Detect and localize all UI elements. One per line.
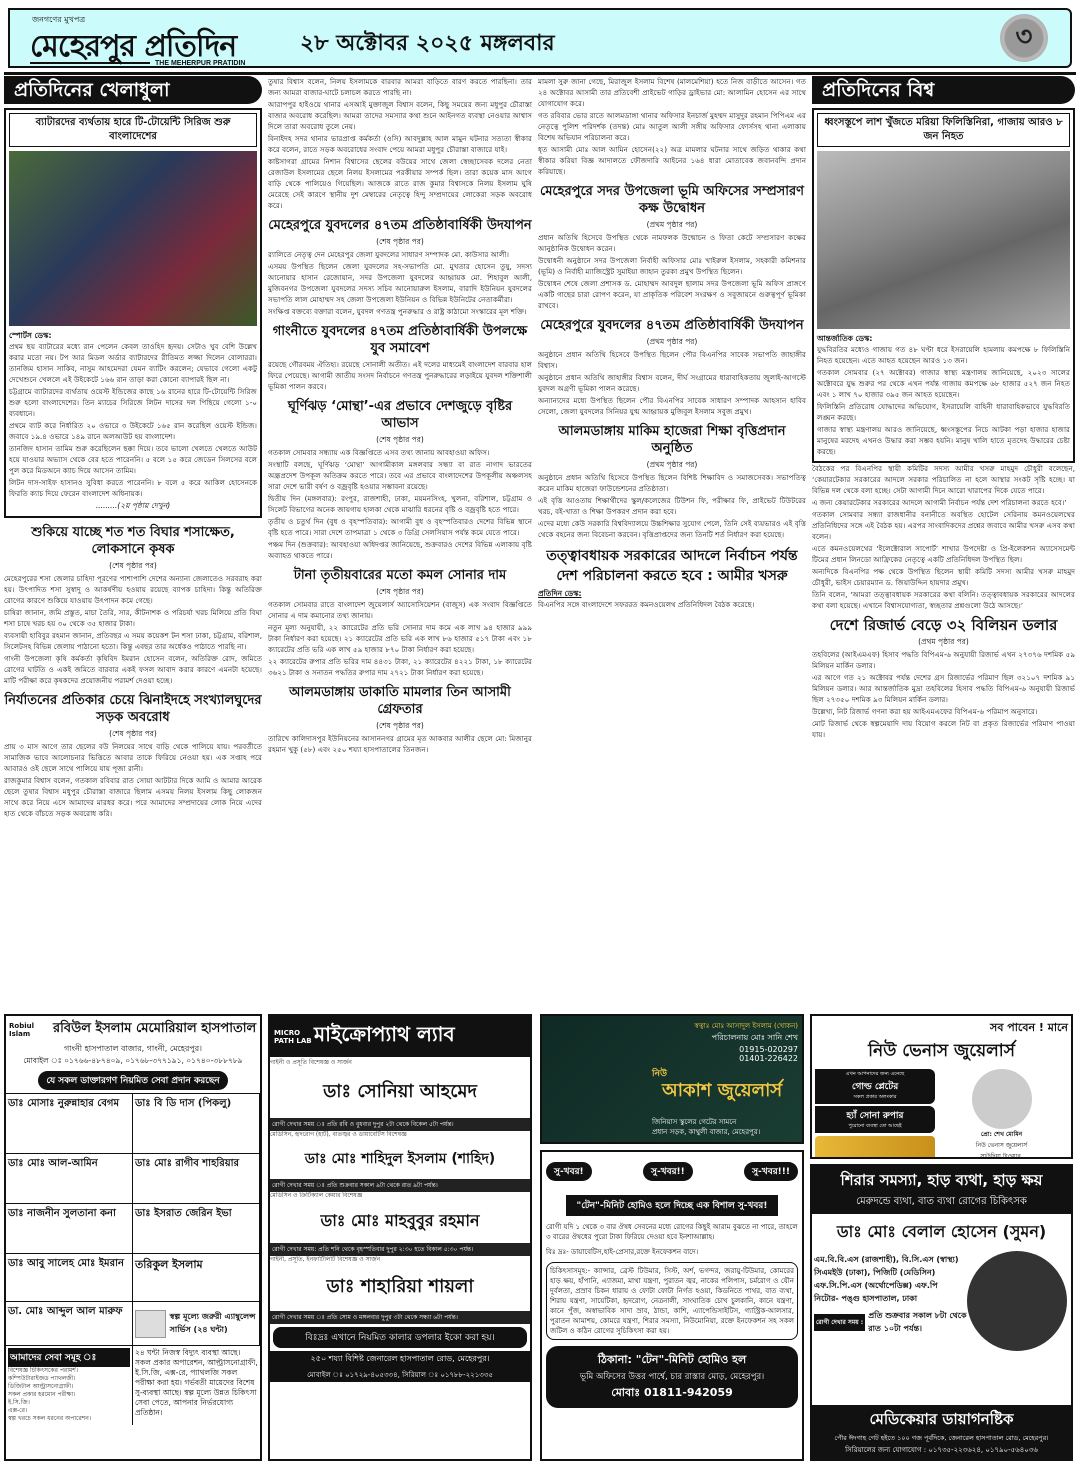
paragraph: গাজার স্বাস্থ্য মন্ত্রণালয় আরও জানিয়েছ… bbox=[817, 424, 1070, 457]
paragraph: এসময় উপস্থিত ছিলেন জেলা যুবদলের সহ-সভাপ… bbox=[268, 261, 532, 305]
doctor-hours: রোগী দেখার সময় ঃ প্রতি শুক্রবার সকাল ৯ট… bbox=[270, 1179, 530, 1192]
paragraph: পঞ্চম দিন (শুক্রবার): আবহাওয়া অধিদপ্তর … bbox=[268, 539, 532, 561]
continuation-note: (প্রথম পৃষ্ঠার পর) bbox=[538, 459, 806, 470]
paragraph: চট্টগ্রামে ব্যাটারদের ব্যর্থতায় ওয়েস্ট… bbox=[9, 386, 257, 419]
jeweler-brand: আকাশ জুয়েলার্স bbox=[662, 1076, 782, 1107]
paragraph: অনুষ্ঠানে প্রধান অতিথি হিসেবে উপস্থিত ছি… bbox=[538, 349, 806, 371]
service-item: এক্স-রে। bbox=[8, 1407, 130, 1415]
paragraph: এতে কমনওয়েলথের ‘ইলেক্টোরাল সাপোর্ট’ শাখ… bbox=[812, 543, 1075, 565]
scholarship-headline[interactable]: আলমডাঙ্গায় মাকিম হাজেরা শিক্ষা বৃত্তিপ্… bbox=[538, 423, 806, 457]
gangni-headline[interactable]: গাংনীতে যুবদলের ৪৭তম প্রতিষ্ঠাবার্ষিকী উ… bbox=[268, 323, 532, 357]
hospital-header: Robiul Islam রবিউল ইসলাম মেমোরিয়াল হাসপ… bbox=[6, 1016, 260, 1043]
hospital-address: গাংনী হাসপাতাল বাজার, গাংনী, মেহেরপুর। bbox=[6, 1043, 260, 1056]
paragraph: ধৃত আসামী মোঃ আল আমিন হোসেন(২২) অত্র মাম… bbox=[538, 144, 806, 177]
service-item: স্বল্প খরচে সকল ধরনের অপারেশন। bbox=[8, 1415, 130, 1423]
paragraph: তৃতীয় ও চতুর্থ দিন (বুধ ও বৃহস্পতিবার):… bbox=[268, 516, 532, 538]
page-number-badge: ৩ bbox=[1000, 14, 1048, 62]
venus-offer-sub: পুরোনো ব্যবস্থা তো আছেই bbox=[817, 1123, 933, 1131]
continuation-note: (শেষ পৃষ্ঠার পর) bbox=[4, 560, 262, 571]
doctor-name: ডাঃ মোসাঃ নুরুন্নাহার বেগম bbox=[8, 1096, 130, 1113]
amir-khasru-headline[interactable]: তত্ত্বাবধায়ক সরকারের আদলে নির্বাচন পর্য… bbox=[538, 546, 806, 586]
venus-offer-sub: সকল প্রকার অলংকার bbox=[817, 1094, 933, 1102]
doctor-hours: রোগী দেখার সময় ঃ প্রতি সোম ও মঙ্গলবার দ… bbox=[270, 1311, 530, 1324]
column-world: প্রতিদিনের বিশ্ব ধ্বংসস্তূপে লাশ খুঁজতে … bbox=[812, 76, 1075, 1011]
continuation-note: (শেষ পৃষ্ঠার পর) bbox=[268, 434, 532, 445]
diagnostic-address: পৌর ঈদগাহ গেট হইতে ১০০ গজ পূর্বদিকে, জেন… bbox=[815, 1433, 1068, 1444]
paragraph: তিনি বলেন, ‘আমরা তত্ত্বাবধায়ক সরকারের ক… bbox=[812, 589, 1075, 611]
section-banner-world: প্রতিদিনের বিশ্ব bbox=[812, 76, 1075, 104]
diagnostic-phone: সিরিয়ালের জন্য যোগাযোগ : ০১৭৩৫-২২৩৬২৪, … bbox=[815, 1444, 1068, 1456]
column-2: তুষার বিশ্বাস বলেন, নিলয় ইসলামকে বারবার… bbox=[268, 76, 532, 1011]
sports-article: ব্যাটারদের ব্যর্থতায় হারে টি-টোয়েন্টি … bbox=[4, 108, 262, 518]
lab-address: ২৫০ শয্যা বিশিষ্ট জেনারেল হাসপাতাল রোড, … bbox=[270, 1351, 530, 1368]
homeo-phone: মোবাঃ 01811-942059 bbox=[551, 1384, 793, 1403]
logo-underline bbox=[30, 62, 150, 64]
paragraph: উল্লেখ্য, নিট রিজার্ভ গণনা করা হয় আইএমএ… bbox=[812, 706, 1075, 717]
lab-logo: MICRO PATH LAB bbox=[274, 1029, 314, 1045]
doctor-name: ডাঃ মোঃ বেলাল হোসেন (সুমন) bbox=[812, 1219, 1071, 1246]
ad-ten-minute-homeo: সু-খবর! সু-খবর!! সু-খবর!!! "টেন"-মিনিট হ… bbox=[540, 1150, 804, 1461]
paragraph: মোট রিজার্ভ থেকে স্বল্পমেয়াদি দায় বিয়… bbox=[812, 718, 1075, 740]
continuation-note: (প্রথম পৃষ্ঠার পর) bbox=[812, 636, 1075, 647]
paragraph: অনুষ্ঠানে প্রধান অতিথি হিসেবে উপস্থিত ছি… bbox=[538, 472, 806, 494]
farmers-headline[interactable]: শুকিয়ে যাচ্ছে শত শত বিঘার শসাক্ষেত, লোক… bbox=[4, 524, 262, 558]
venus-owner: প্রো: শেখ মোমিন bbox=[935, 1129, 1068, 1140]
doctor-role: মেডিসিন ও ক্রিটিক্যাল কেয়ার বিশেষজ্ঞ bbox=[270, 1192, 530, 1200]
sports-headline[interactable]: ব্যাটারদের ব্যর্থতায় হারে টি-টোয়েন্টি … bbox=[9, 113, 257, 147]
doctor-name: ডাঃ শাহারিয়া শায়লা bbox=[270, 1272, 530, 1303]
ad-micropath-lab: MICRO PATH LAB মাইক্রোপ্যাথ ল্যাব গাইনী … bbox=[268, 1014, 532, 1461]
paragraph: সংক্ষিপ্ত বক্তব্যে বক্তারা বলেন, যুবদল গ… bbox=[268, 306, 532, 317]
owner-photo bbox=[972, 1069, 1032, 1129]
paragraph: গতকাল সোমবার সন্ধ্যায় এক বিজ্ঞপ্তিতে এস… bbox=[268, 447, 532, 458]
paragraph: কাষ্টসাগরা গ্রামের নিশান বিশ্বাসের ছেলের… bbox=[268, 156, 532, 211]
good-news-badge: সু-খবর!!! bbox=[744, 1162, 798, 1181]
paragraph: গতকাল সোমবার সন্ধ্যা রাজধানীর বনানীতে অব… bbox=[812, 509, 1075, 542]
paragraph: এর আগে গত ২১ অক্টোবর পর্যন্ত দেশের গ্রস … bbox=[812, 672, 1075, 705]
doctor-hours: প্রতি শুক্রবার সকাল ৮টা থেকে রাত ১০টা পর… bbox=[868, 1309, 978, 1335]
cricket-photo bbox=[9, 151, 257, 326]
paragraph: প্রথম ছয় ব্যাটারের মধ্যে রান পেলেন কেবল… bbox=[9, 341, 257, 385]
paragraph: প্রথমে ব্যাট করে নির্ধারিত ২০ ওভারে ৩ উই… bbox=[9, 420, 257, 442]
section-banner-sports: প্রতিদিনের খেলাধুলা bbox=[4, 76, 262, 104]
echo-note: বিঃদ্রঃ এখানে নিয়মিত কালার ডপলার ইকো কর… bbox=[273, 1327, 527, 1348]
venus-place: সাউদিয়া টাওয়ার, bbox=[935, 1151, 1068, 1159]
paragraph: গত রবিবার ভোর রাতে আলমডাঙ্গা থানার অফিসা… bbox=[538, 110, 806, 143]
doctor-role: গাইনী, প্রসূতি, ইনফার্টিলিটি বিশেষজ্ঞ ও … bbox=[270, 1256, 530, 1264]
jeweler-owner: স্বত্বাঃ মোঃ আসাদুল ইসলাম (খোকন) bbox=[546, 1020, 798, 1032]
paragraph: বৈঠকের পর বিএনপির স্থায়ী কমিটির সদস্য আ… bbox=[812, 463, 1075, 496]
venus-offer-note: এখন আপনাদের জন্য এনেছে bbox=[817, 1071, 933, 1079]
venus-brand: নিউ ভেনাস জুয়েলার্স bbox=[815, 1038, 1068, 1066]
doctor-name: ডাঃ মোঃ শাহিদুল ইসলাম (শাহিদ) bbox=[270, 1147, 530, 1171]
gold-price-headline[interactable]: টানা তৃতীয়বারের মতো কমল সোনার দাম bbox=[268, 567, 532, 584]
ad-dr-belal-hossen: শিরার সমস্যা, হাড় ব্যথা, হাড় ক্ষয় মের… bbox=[810, 1164, 1073, 1461]
paragraph: ২২ ক্যারেটের রুপার প্রতি ভরির দাম ৪৪৩১ ট… bbox=[268, 656, 532, 678]
doctor-name: ডাঃ বি ডি দাস (পিকলু) bbox=[135, 1096, 257, 1113]
doctor-name: ডাঃ নাজনীন সুলতানা কনা bbox=[8, 1206, 130, 1223]
homeo-address: ভূমি অফিসের উত্তর পার্শ্বে, চার রাস্তার … bbox=[551, 1370, 793, 1384]
lab-phone: মোবাইল ঃ ০১৭২৯-৪০৫৩৩৪, সিরিয়াল ঃ ০১৭৮৮-… bbox=[270, 1368, 530, 1382]
paragraph: গাংনী উপজেলা কৃষি কর্মকর্তা কৃষিবিদ ইমরা… bbox=[4, 653, 262, 686]
paragraph: ফিলিস্তিনি প্রতিরোধ যোদ্ধাদের অভিযোগ, ইস… bbox=[817, 401, 1070, 423]
doctor-ad-headline: শিরার সমস্যা, হাড় ব্যথা, হাড় ক্ষয় bbox=[815, 1169, 1068, 1194]
paragraph: এই বৃত্তি আওতায় শিক্ষার্থীদের স্কুল/কলে… bbox=[538, 495, 806, 517]
continuation-note: (প্রথম পৃষ্ঠার পর) bbox=[538, 336, 806, 347]
doctor-name: ডাঃ আবু সালেহ মোঃ ইমরান bbox=[8, 1256, 130, 1273]
jeweler-address: প্রধান সড়ক, কাথুলী বাজার, মেহেরপুর। bbox=[652, 1126, 760, 1138]
hospital-phone: মোবাইল ঃ ০১৭৬৬-৪৮৭৪০৯, ০১৭৬৮-৩৭৭১৯১, ০১৭… bbox=[6, 1056, 260, 1068]
venus-tagline: সব পাবেন ! মানে bbox=[815, 1019, 1068, 1038]
paragraph: প্রায় ৩ মাস আগে তার ছেলের বউ নিলয়ের সা… bbox=[4, 741, 262, 774]
jhenaidah-headline[interactable]: নির্যাতনের প্রতিকার চেয়ে ঝিনাইদহে সংখ্য… bbox=[4, 692, 262, 726]
service-item: কম্পিউটারাইজড প্যাথলজী। bbox=[8, 1375, 130, 1383]
doctor-name: ডাঃ সোনিয়া আহমেদ bbox=[270, 1077, 530, 1108]
paragraph: চাষিরা জানান, জমি প্রস্তুত, মাচা তৈরি, স… bbox=[4, 607, 262, 629]
venus-offer: হ্যাঁ সোনা রুপার bbox=[817, 1108, 933, 1123]
ad-akash-jewelers: স্বত্বাঃ মোঃ আসাদুল ইসলাম (খোকন) পরিচালন… bbox=[540, 1014, 804, 1144]
paragraph: র‍্যালিতে নেতৃত্ব দেন মেহেরপুর জেলা যুবদ… bbox=[268, 249, 532, 260]
sports-desk: স্পোর্টস ডেস্ক: bbox=[9, 330, 257, 341]
venus-shop: নিউ ভেনাস জুয়েলার্স bbox=[935, 1140, 1068, 1151]
paragraph: আরাপপুর হাইওয়ে থানার এসআই মুক্তাজুল বিশ… bbox=[268, 99, 532, 132]
paragraph: তহবিলের (আইএমএফ) হিসাব পদ্ধতি বিপিএম-৬ অ… bbox=[812, 649, 1075, 671]
desk-label: প্রতিদিন ডেস্ক: bbox=[538, 588, 806, 599]
paragraph: মামলা সুরু জানা গেছে, মিরাজুল ইসলাম বিশে… bbox=[538, 76, 806, 109]
gaza-headline[interactable]: ধ্বংসস্তূপে লাশ খুঁজতে মরিয়া ফিলিস্তিনি… bbox=[817, 113, 1070, 147]
homeo-note: বিঃ দ্রঃ- ডায়াবেটিস,হাই-প্রেসার,রক্তে ই… bbox=[546, 1246, 798, 1258]
service-item: ডিজিটাল আল্ট্রাসনোগ্রাফী। bbox=[8, 1383, 130, 1391]
paragraph: ব্যবসায়ী হাবিবুর রহমান জানান, প্রতিবছর … bbox=[4, 630, 262, 652]
doctor-degree: সিএমইউ (ঢাকা), পিজিটি (মেডিসিন) bbox=[814, 1266, 1069, 1279]
masthead: জনগণের মুখপত্র মেহেরপুর প্রতিদিন THE MEH… bbox=[8, 8, 1072, 68]
paragraph: নতুন মূল্য অনুযায়ী, ২২ ক্যারেটের প্রতি … bbox=[268, 622, 532, 655]
paragraph: অন্যান্যদের মধ্যে উপস্থিত ছিলেন পৌর বিএন… bbox=[538, 395, 806, 417]
column-sports: প্রতিদিনের খেলাধুলা ব্যাটারদের ব্যর্থতায… bbox=[4, 76, 262, 1011]
doctor-degree: এম.বি.বি.এস (রাজশাহী), বি.সি.এস (স্বাস্থ… bbox=[814, 1253, 1069, 1266]
paragraph: বিএনপির সঙ্গে বাংলাদেশে সফররত কমনওয়েলথ … bbox=[538, 599, 806, 610]
hospital-title: রবিউল ইসলাম মেমোরিয়াল হাসপাতাল bbox=[53, 1019, 256, 1040]
doctor-name: ডাঃ মোঃ আল-আমিন bbox=[8, 1156, 130, 1173]
doctor-name: ডাঃ মোঃ রাগীব শাহরিয়ার bbox=[135, 1156, 257, 1173]
jeweler-manager: পরিচালনায় মোঃ সানি শেখ bbox=[546, 1032, 798, 1045]
continued-link[interactable]: .........(২য় পৃষ্ঠায় দেখুন) bbox=[9, 500, 257, 511]
paragraph: সংস্থাটি বলছে, ঘূর্ণিঝড় ‘মোন্থা’ আগামীক… bbox=[268, 459, 532, 492]
column-3: মামলা সুরু জানা গেছে, মিরাজুল ইসলাম বিশে… bbox=[538, 76, 806, 1011]
venus-offer: গোল্ড প্লেটের bbox=[817, 1079, 933, 1094]
paragraph: এ জন্য কেয়ারটেকার সরকারের আদলে আগামী নি… bbox=[812, 497, 1075, 508]
paragraph: অন্যদিকে বিএনপির পক্ষ থেকে উপস্থিত ছিলেন… bbox=[812, 566, 1075, 588]
continuation-note: (শেষ পৃষ্ঠার পর) bbox=[268, 586, 532, 597]
cyclone-headline[interactable]: ঘূর্ণিঝড় ‘মোন্থা’-এর প্রভাবে দেশজুড়ে ব… bbox=[268, 398, 532, 432]
doctor-name: ডা. মোঃ আব্দুল আল মারুফ bbox=[8, 1304, 130, 1321]
homeo-address-title: ঠিকানা: "টেন"-মিনিট হোমিও হল bbox=[551, 1351, 793, 1370]
land-office-headline[interactable]: মেহেরপুরে সদর উপজেলা ভূমি অফিসের সম্প্রস… bbox=[538, 183, 806, 217]
reserve-headline[interactable]: দেশে রিজার্ভ বেড়ে ৩২ বিলিয়ন ডলার bbox=[812, 617, 1075, 634]
header-rule bbox=[4, 72, 1076, 75]
doctor-role: মেডিসিন, হৃদরোগ (হার্ট), বাতজ্বর ও ডায়া… bbox=[270, 1131, 530, 1139]
paragraph: এদের মধ্যে কেউ সরকারি বিশ্ববিদ্যালয়ে উচ… bbox=[538, 518, 806, 540]
homeo-headline: "টেন"-মিনিট হোমিও হলে দিচ্ছে এক বিশাল সু… bbox=[566, 1195, 778, 1216]
doctor-ad-sub: মেরুদন্ডে ব্যথা, বাত ব্যথা রোগের চিকিৎসক bbox=[815, 1194, 1068, 1211]
jeweler-phone: 01401-226422 bbox=[546, 1054, 798, 1063]
paragraph: রাজকুমার বিশ্বাস বলেন, গতকাল রবিবার রাত … bbox=[4, 775, 262, 819]
ambulance-icon bbox=[135, 1310, 166, 1338]
paragraph: লিটন দাস-সাইফ হাসানও সুবিধা করতে পারেননি… bbox=[9, 477, 257, 499]
paragraph: দ্বিতীয় দিন (মঙ্গলবার): রংপুর, রাজশাহী,… bbox=[268, 493, 532, 515]
continuation-note: (শেষ পৃষ্ঠার পর) bbox=[4, 728, 262, 739]
paragraph: মেহেরপুরের শসা জেলার চাহিদা পূরণের পাশাপ… bbox=[4, 573, 262, 606]
continuation-note: (শেষ পৃষ্ঠার পর) bbox=[268, 236, 532, 247]
robbery-headline[interactable]: আলমডাঙ্গায় ডাকাতি মামলার তিন আসামী গ্রে… bbox=[268, 684, 532, 718]
service-item: বিশেষজ্ঞ চিকিৎসকের পরামর্শ। bbox=[8, 1367, 130, 1375]
paragraph: বিনাইদহ সদর থানার ভারপ্রাপ্ত কর্মকর্তা (… bbox=[268, 133, 532, 155]
paragraph: গতকাল সোমবার (২৭ অক্টোবর) গাজার স্বাস্থ্… bbox=[817, 367, 1070, 400]
service-item: ই.সি.জি। bbox=[8, 1399, 130, 1407]
jewelry-image bbox=[815, 1136, 935, 1159]
diagnostic-center-name: মেডিকেয়ার ডায়াগনষ্টিক bbox=[815, 1408, 1068, 1433]
paragraph: উদ্বোধন শেষে জেলা প্রশাসক ড. মোহাম্মদ আব… bbox=[538, 278, 806, 311]
doctor-name: ডাঃ মোঃ মাহবুবুর রহমান bbox=[270, 1208, 530, 1235]
paragraph: প্রধান অতিথি হিসেবে উপস্থিত থেকে নামফলক … bbox=[538, 232, 806, 254]
gaza-photo bbox=[817, 151, 1070, 329]
homeo-treatments: চিকিৎসাসমূহ:- ক্যান্সার, ব্রেস্ট টিউমার,… bbox=[546, 1262, 798, 1340]
doctor-name: তরিকুল ইসলাম bbox=[135, 1256, 257, 1275]
doctor-hours: রোগী দেখার সময়: প্রতি শনি থেকে বৃহস্পতি… bbox=[270, 1243, 530, 1256]
ad-new-venus-jewelers: সব পাবেন ! মানে নিউ ভেনাস জুয়েলার্স এখন… bbox=[810, 1014, 1073, 1159]
hospital-logo: Robiul Islam bbox=[9, 1022, 53, 1038]
paragraph: রয়েছে গৌরবময় ঐতিহ্য। রয়েছে সোনালী অতী… bbox=[268, 359, 532, 392]
ad-robiul-hospital: Robiul Islam রবিউল ইসলাম মেমোরিয়াল হাসপ… bbox=[4, 1014, 262, 1461]
paragraph: যুদ্ধবিরতির মধ্যেও গাজায় গত ৪৮ ঘণ্টা ধর… bbox=[817, 344, 1070, 366]
paragraph: তারিখে কালিদাসপুর ইউনিয়নের আসাননগর গ্রা… bbox=[268, 733, 532, 755]
service-item: সকল প্রকার হরমোন পরীক্ষা। bbox=[8, 1391, 130, 1399]
doctor-role: গাইনী ও প্রসূতি বিশেষজ্ঞ ও সার্জন bbox=[270, 1059, 530, 1067]
doctor-name: ডাঃ ইসরাত জেরিন ইভা bbox=[135, 1206, 257, 1223]
continuation-note: (প্রথম পৃষ্ঠার পর) bbox=[538, 219, 806, 230]
doctor-degree: নিটোর- পঙ্গু হাসপাতাল, ঢাকা bbox=[814, 1292, 1069, 1305]
doctor-degree: এফ.সি.পি.এস (অর্থোপেডিক্স) এফ.পি bbox=[814, 1279, 1069, 1292]
paragraph: উদ্বোধনী অনুষ্ঠানে সদর উপজেলা নির্বাহী অ… bbox=[538, 255, 806, 277]
paragraph: তানজিদ হাসান তামিম শুরু করেছিলেন ছক্কা দ… bbox=[9, 443, 257, 476]
youth-headline[interactable]: মেহেরপুরে যুবদলের ৪৭তম প্রতিষ্ঠাবার্ষিকী… bbox=[268, 217, 532, 234]
good-news-badge: সু-খবর! bbox=[546, 1162, 592, 1181]
ambulance-service: স্বল্প মূল্যে জরুরী এ্যাম্বুলেন্স সার্ভি… bbox=[170, 1311, 257, 1337]
homeo-offer: রোগী যদি ১ থেকে ৩ বার ঔষধ সেবনের মধ্যে র… bbox=[546, 1222, 798, 1242]
hospital-note: ২৪ ঘন্টা নিজস্ব বিদ্যুৎ ব্যবস্থা আছে। সক… bbox=[133, 1346, 260, 1425]
services-title: আমাদের সেবা সমূহ ঃ bbox=[8, 1348, 130, 1367]
hours-label: রোগী দেখার সময় : bbox=[814, 1314, 865, 1331]
paragraph: অনুষ্ঠানে প্রধান অতিথি জাহাঙ্গীর বিশ্বাস… bbox=[538, 372, 806, 394]
desk-label: আন্তর্জাতিক ডেস্ক: bbox=[817, 333, 1070, 344]
lab-title: মাইক্রোপ্যাথ ল্যাব bbox=[314, 1020, 455, 1053]
newspaper-logo-en: THE MEHERPUR PRATIDIN bbox=[155, 60, 245, 67]
paragraph: তুষার বিশ্বাস বলেন, নিলয় ইসলামকে বারবার… bbox=[268, 76, 532, 98]
doctor-hours: রোগী দেখার সময় ঃ প্রতি রবি ও বুধবার দুপ… bbox=[270, 1118, 530, 1131]
good-news-badge: সু-খবর!! bbox=[643, 1162, 693, 1181]
youth2-headline[interactable]: মেহেরপুরে যুবদলের ৪৭তম প্রতিষ্ঠাবার্ষিকী… bbox=[538, 317, 806, 334]
issue-date: ২৮ অক্টোবর ২০২৫ মঙ্গলবার bbox=[300, 26, 555, 63]
doctors-banner: যে সকল ডাক্তারগণ নিয়মিত সেবা প্রদান করছ… bbox=[38, 1071, 227, 1090]
jeweler-phone: 01915-020297 bbox=[546, 1045, 798, 1054]
paragraph: গতকাল সোমবার রাতে বাংলাদেশ জুয়েলার্স অ্… bbox=[268, 599, 532, 621]
doctor-grid: ডাঃ মোসাঃ নুরুন্নাহার বেগম ডাঃ বি ডি দাস… bbox=[6, 1093, 260, 1346]
world-article: ধ্বংসস্তূপে লাশ খুঁজতে মরিয়া ফিলিস্তিনি… bbox=[812, 108, 1075, 463]
continuation-note: (শেষ পৃষ্ঠার পর) bbox=[268, 720, 532, 731]
